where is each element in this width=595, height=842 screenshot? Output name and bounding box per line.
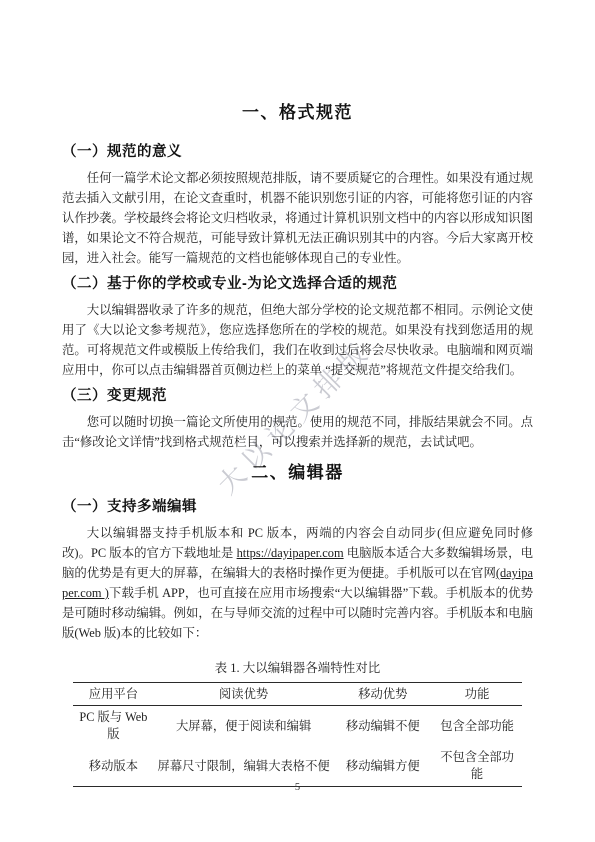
table-cell: 不包含全部功能 xyxy=(432,746,522,787)
table-header-cell: 阅读优势 xyxy=(154,683,334,706)
section-1-3-heading: （三）变更规范 xyxy=(62,384,533,405)
page-number: 5 xyxy=(0,782,595,793)
table-header-cell: 功能 xyxy=(432,683,522,706)
document-content: 一、格式规范 （一）规范的意义 任何一篇学术论文都必须按照规范排版，请不要质疑它… xyxy=(62,90,533,787)
table-caption: 表 1. 大以编辑器各端特性对比 xyxy=(62,658,533,676)
paragraph-change-norm: 您可以随时切换一篇论文所使用的规范。使用的规范不同，排版结果就会不同。点击“修改… xyxy=(62,412,533,452)
paragraph-text: 下载手机 APP，也可直接在应用市场搜索“大以编辑器”下载。手机版本的优势是可随… xyxy=(62,586,533,640)
table-cell: 包含全部功能 xyxy=(432,706,522,747)
document-page: 大以论文排版 一、格式规范 （一）规范的意义 任何一篇学术论文都必须按照规范排版… xyxy=(0,0,595,842)
table-row: PC 版与 Web 版大屏幕，便于阅读和编辑移动编辑不便包含全部功能 xyxy=(73,706,522,747)
paragraph-multi-device: 大以编辑器支持手机版本和 PC 版本，两端的内容会自动同步(但应避免同时修改)。… xyxy=(62,523,533,643)
section-2-1-heading: （一）支持多端编辑 xyxy=(62,495,533,516)
table-body: PC 版与 Web 版大屏幕，便于阅读和编辑移动编辑不便包含全部功能移动版本屏幕… xyxy=(73,706,522,787)
table-row: 移动版本屏幕尺寸限制，编辑大表格不便移动编辑方便不包含全部功能 xyxy=(73,746,522,787)
table-cell: 屏幕尺寸限制，编辑大表格不便 xyxy=(154,746,334,787)
paragraph-norm-meaning: 任何一篇学术论文都必须按照规范排版，请不要质疑它的合理性。如果没有通过规范去插入… xyxy=(62,168,533,268)
table-header-row: 应用平台阅读优势移动优势功能 xyxy=(73,683,522,706)
paragraph-choose-norm: 大以编辑器收录了许多的规范，但绝大部分学校的论文规范都不相同。示例论文使用了《大… xyxy=(62,300,533,380)
table-cell: PC 版与 Web 版 xyxy=(73,706,154,747)
dayipaper-link[interactable]: https://dayipaper.com xyxy=(237,546,344,560)
table-header-cell: 应用平台 xyxy=(73,683,154,706)
table-cell: 移动编辑不便 xyxy=(333,706,432,747)
table-cell: 移动编辑方便 xyxy=(333,746,432,787)
table-cell: 大屏幕，便于阅读和编辑 xyxy=(154,706,334,747)
section-1-2-heading: （二）基于你的学校或专业-为论文选择合适的规范 xyxy=(62,272,533,293)
chapter-2-heading: 二、编辑器 xyxy=(62,458,533,483)
table-header-cell: 移动优势 xyxy=(333,683,432,706)
section-1-1-heading: （一）规范的意义 xyxy=(62,140,533,161)
comparison-table: 应用平台阅读优势移动优势功能 PC 版与 Web 版大屏幕，便于阅读和编辑移动编… xyxy=(73,682,522,787)
chapter-1-heading: 一、格式规范 xyxy=(62,98,533,123)
table-cell: 移动版本 xyxy=(73,746,154,787)
